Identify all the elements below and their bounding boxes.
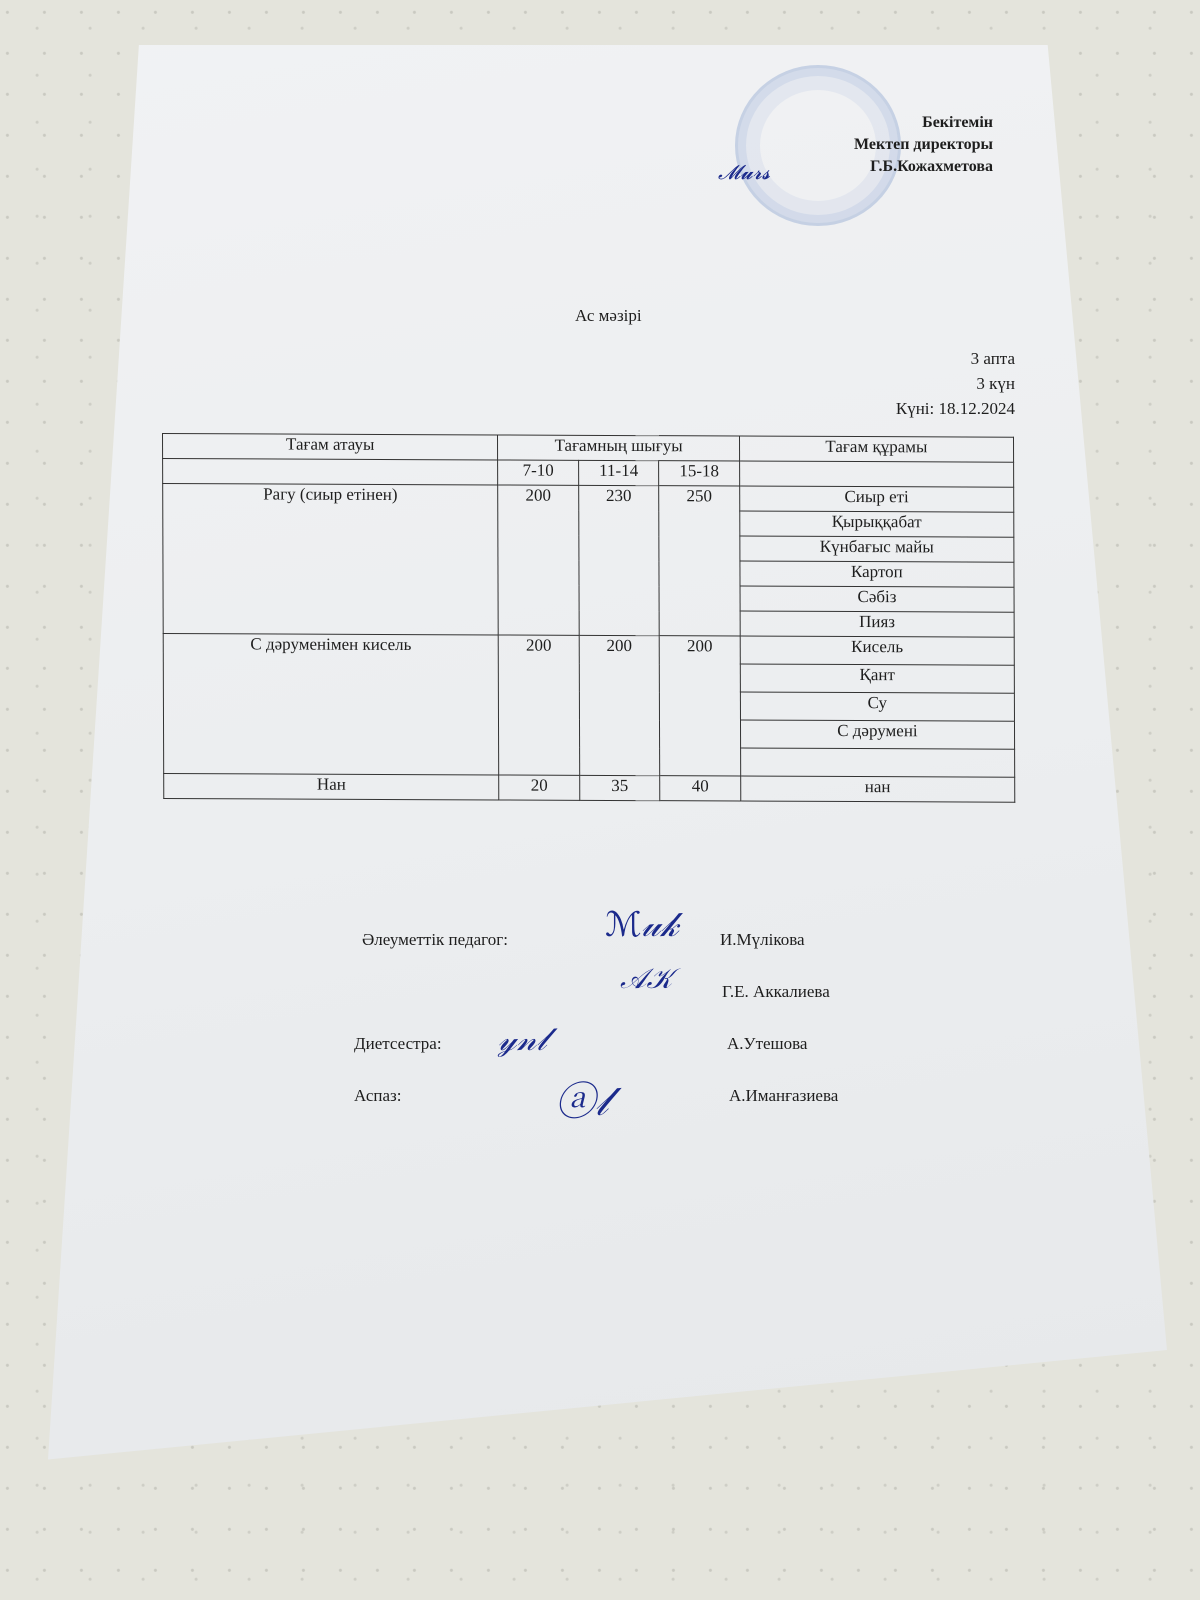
approval-position: Мектеп директоры bbox=[854, 134, 993, 156]
dish-value: 200 bbox=[498, 485, 579, 635]
table-row: Рагу (сиыр етінен) 200 230 250 Сиыр еті bbox=[163, 484, 1014, 513]
signer-name: А.Иманғазиева bbox=[729, 1086, 838, 1106]
ingredient bbox=[740, 748, 1014, 777]
signature-icon: ℳ𝓊𝓀 bbox=[605, 905, 679, 945]
dish-value: 35 bbox=[579, 775, 660, 800]
header-output: Тағамның шығуы bbox=[498, 435, 740, 461]
signer-name: А.Утешова bbox=[727, 1034, 807, 1054]
page-title: Ас мәзірі bbox=[575, 306, 642, 326]
dish-value: 200 bbox=[579, 635, 660, 775]
dish-name: Нан bbox=[164, 774, 499, 800]
signature-icon: 𝓎𝓃𝓁 bbox=[498, 1020, 547, 1059]
approval-heading: Бекітемін bbox=[854, 112, 993, 134]
header-name: Тағам атауы bbox=[163, 434, 498, 460]
ingredient: Қант bbox=[740, 664, 1014, 693]
signer-role: Диетсестра: bbox=[354, 1034, 442, 1054]
menu-table: Тағам атауы Тағамның шығуы Тағам құрамы … bbox=[162, 433, 1015, 803]
signature-icon: 𝒜𝒦 bbox=[620, 962, 673, 996]
ingredient: Картоп bbox=[740, 561, 1014, 587]
age-7-10: 7-10 bbox=[498, 460, 579, 485]
signer-role: Әлеуметтік педагог: bbox=[362, 930, 508, 950]
dish-value: 200 bbox=[659, 636, 740, 776]
dish-value: 250 bbox=[659, 486, 740, 636]
header-composition: Тағам құрамы bbox=[739, 436, 1013, 462]
ingredient: Сәбіз bbox=[740, 586, 1014, 612]
signer-name: И.Мүлікова bbox=[720, 930, 805, 950]
ingredient: Күнбағыс майы bbox=[740, 536, 1014, 562]
date-label: Күні: 18.12.2024 bbox=[896, 396, 1015, 421]
signer-role: Аспаз: bbox=[354, 1086, 401, 1106]
table-row: Нан 20 35 40 нан bbox=[164, 774, 1015, 803]
ingredient: Қырыққабат bbox=[740, 511, 1014, 537]
dish-value: 230 bbox=[578, 485, 659, 635]
table-header-row: Тағам атауы Тағамның шығуы Тағам құрамы bbox=[163, 434, 1014, 463]
table-row: С дәруменімен кисель 200 200 200 Кисель bbox=[163, 634, 1014, 666]
director-signature-icon: 𝓜𝓾𝓻𝓼 bbox=[718, 160, 770, 184]
dish-value: 20 bbox=[499, 775, 580, 800]
table-age-row: 7-10 11-14 15-18 bbox=[163, 459, 1014, 488]
ingredient: нан bbox=[740, 776, 1014, 802]
dish-value: 40 bbox=[660, 776, 741, 801]
approval-director-name: Г.Б.Кожахметова bbox=[854, 156, 993, 178]
signature-icon: ⓐ𝓁 bbox=[555, 1070, 608, 1127]
dish-name: С дәруменімен кисель bbox=[163, 634, 499, 775]
signer-name: Г.Е. Аккалиева bbox=[722, 982, 830, 1002]
menu-meta: 3 апта 3 күн Күні: 18.12.2024 bbox=[896, 346, 1015, 421]
dish-value: 200 bbox=[498, 635, 579, 775]
day-label: 3 күн bbox=[896, 371, 1015, 396]
week-label: 3 апта bbox=[896, 346, 1015, 371]
ingredient: Сиыр еті bbox=[739, 486, 1013, 512]
ingredient: С дәрумені bbox=[740, 720, 1014, 749]
ingredient: Пияз bbox=[740, 611, 1014, 637]
age-11-14: 11-14 bbox=[578, 460, 659, 485]
age-15-18: 15-18 bbox=[659, 461, 740, 486]
approval-block: Бекітемін Мектеп директоры Г.Б.Кожахмето… bbox=[854, 112, 993, 178]
ingredient: Кисель bbox=[740, 636, 1014, 665]
dish-name: Рагу (сиыр етінен) bbox=[163, 484, 499, 635]
ingredient: Су bbox=[740, 692, 1014, 721]
